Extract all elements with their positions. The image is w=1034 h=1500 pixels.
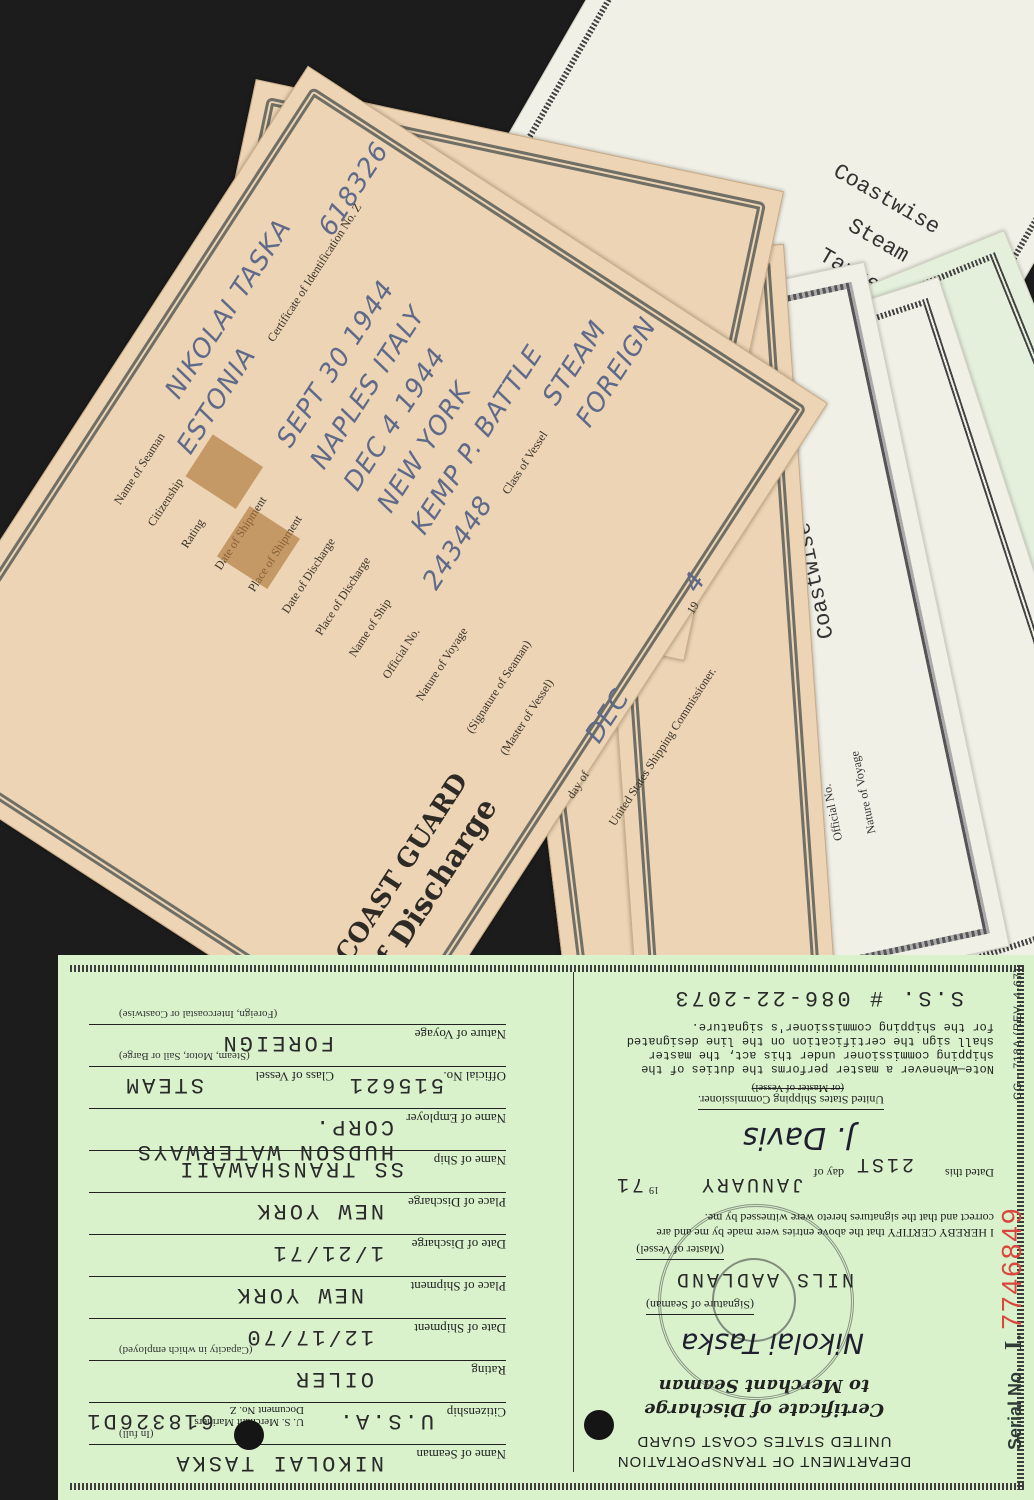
social-security-number: S.S. # 086-22-2073 [672,985,964,1010]
label-year-prefix: 19 [684,599,703,617]
serial-label: Serial No. [1005,1367,1025,1450]
field-rule [89,1360,506,1361]
field-rule [89,1402,506,1403]
field-label: Date of Discharge [412,1236,506,1252]
field-value: STEAM [123,1072,204,1097]
form-number: CG - 718A (REV. 4-67) [1012,968,1024,1100]
shipping-note: Note—Whenever a master performs the duti… [619,1020,994,1076]
field-label: Place of Shipment [411,1278,506,1294]
punch-hole [584,1410,614,1440]
certification-column: DEPARTMENT OF TRANSPORTATION UNITED STAT… [564,955,1004,1500]
field-citizenship: Citizenship U.S.A. U. S. Merchant Marine… [89,1396,534,1438]
field-label: Rating [471,1362,506,1378]
field-nature-of-voyage: Nature of Voyage FOREIGN (Foreign, Inter… [89,1018,534,1060]
year-prefix: 19 [649,1184,659,1195]
hw-day-of: DEC [580,684,637,749]
field-place-of-shipment: Place of Shipment NEW YORK [89,1270,534,1312]
label-name-of-ship: Name of Ship [346,596,395,660]
dated-year: 71 [614,1172,644,1195]
field-rule [89,1024,506,1025]
master-label: (Master of Vessel) [636,1242,724,1260]
department-heading: DEPARTMENT OF TRANSPORTATION [614,1453,914,1470]
label-official-no: Official No. [379,625,423,682]
field-value: 515621 [347,1072,444,1097]
label-citizenship: Citizenship [144,475,186,529]
master-name: NILS AADLAND [674,1267,854,1290]
label-shipping-commissioner: United States Shipping Commissioner. [606,665,720,829]
field-sublabel: (Foreign, Intercoastal or Coastwise) [119,1008,277,1020]
field-official-no: Official No. 515621 Class of Vessel STEA… [89,1060,534,1102]
field-label: Official No. [443,1068,506,1084]
field-rule [89,1192,506,1193]
field-rule [89,1444,506,1445]
field-label: Nature of Voyage [415,1026,506,1042]
certify-text: I HEREBY CERTIFY that the above entries … [624,1210,994,1240]
serial-prefix: I. [1001,1335,1027,1350]
field-rule [89,1066,506,1067]
field-rating: Rating OILER (Capacity in which employed… [89,1354,534,1396]
field-value: NEW YORK [254,1198,384,1223]
field-value: NEW YORK [234,1282,364,1307]
serial-number: Serial No. I. 7746849 [996,1207,1028,1450]
seaman-signature: Nikolai Taska [681,1327,864,1360]
field-date-of-discharge: Date of Discharge 1/21/71 [89,1228,534,1270]
field-label: Name of Employer [406,1110,506,1126]
dated-month: JANUARY [699,1172,804,1195]
field-value: HUDSON WATERWAYS CORP. [89,1114,394,1164]
fields-column: Name of Seaman NIKOLAI TASKA (In full) C… [58,955,534,1500]
field-rule [89,1108,506,1109]
field-label: Name of Seaman [416,1446,506,1462]
field-label: Name of Ship [434,1152,506,1168]
field-date-of-shipment: Date of Shipment 12/17/70 [89,1312,534,1354]
commissioner-struck-label: (or Master of Vessel) [752,1082,844,1094]
dated-day: 21ST [854,1152,914,1175]
field-rule [89,1318,506,1319]
certificate-title: Certificate of Discharge [614,1399,914,1420]
serial-value: 7746849 [996,1207,1027,1330]
field-value: OILER [293,1366,374,1391]
field-rule [89,1276,506,1277]
field-label: Citizenship [447,1404,506,1420]
field-place-of-discharge: Place of Discharge NEW YORK [89,1186,534,1228]
label-nature-of-voyage: Nature of Voyage [413,625,471,704]
field-value: 12/17/70 [244,1324,374,1349]
field-value: U.S.A. [337,1408,434,1433]
field-label: Class of Vessel [256,1068,334,1084]
agency-heading: UNITED STATES COAST GUARD [614,1433,914,1450]
field-value: 618326D1 [84,1408,214,1433]
label-rating: Rating [178,516,208,551]
label-day-of: day of [564,768,593,802]
commissioner-label: United States Shipping Commissioner. [698,1092,884,1110]
punch-hole [234,1420,264,1450]
field-value: NIKOLAI TASKA [173,1450,384,1475]
field-value: 1/21/71 [271,1240,384,1265]
certificate-of-discharge-1971: Name of Seaman NIKOLAI TASKA (In full) C… [58,955,1034,1500]
field-name-of-seaman: Name of Seaman NIKOLAI TASKA (In full) [89,1438,534,1480]
dated-label: Dated this [945,1165,994,1180]
commissioner-signature: J. Davis [743,1120,854,1155]
seaman-signature-label: (Signature of Seaman) [646,1297,754,1315]
field-label: Place of Discharge [408,1194,506,1210]
day-of-label: day of [814,1165,844,1180]
hw-year: 4 [678,567,713,598]
field-value: FOREIGN [221,1030,334,1055]
field-rule [89,1234,506,1235]
field-label: Date of Shipment [414,1320,506,1336]
field-name-of-employer: Name of Employer HUDSON WATERWAYS CORP. [89,1102,534,1144]
